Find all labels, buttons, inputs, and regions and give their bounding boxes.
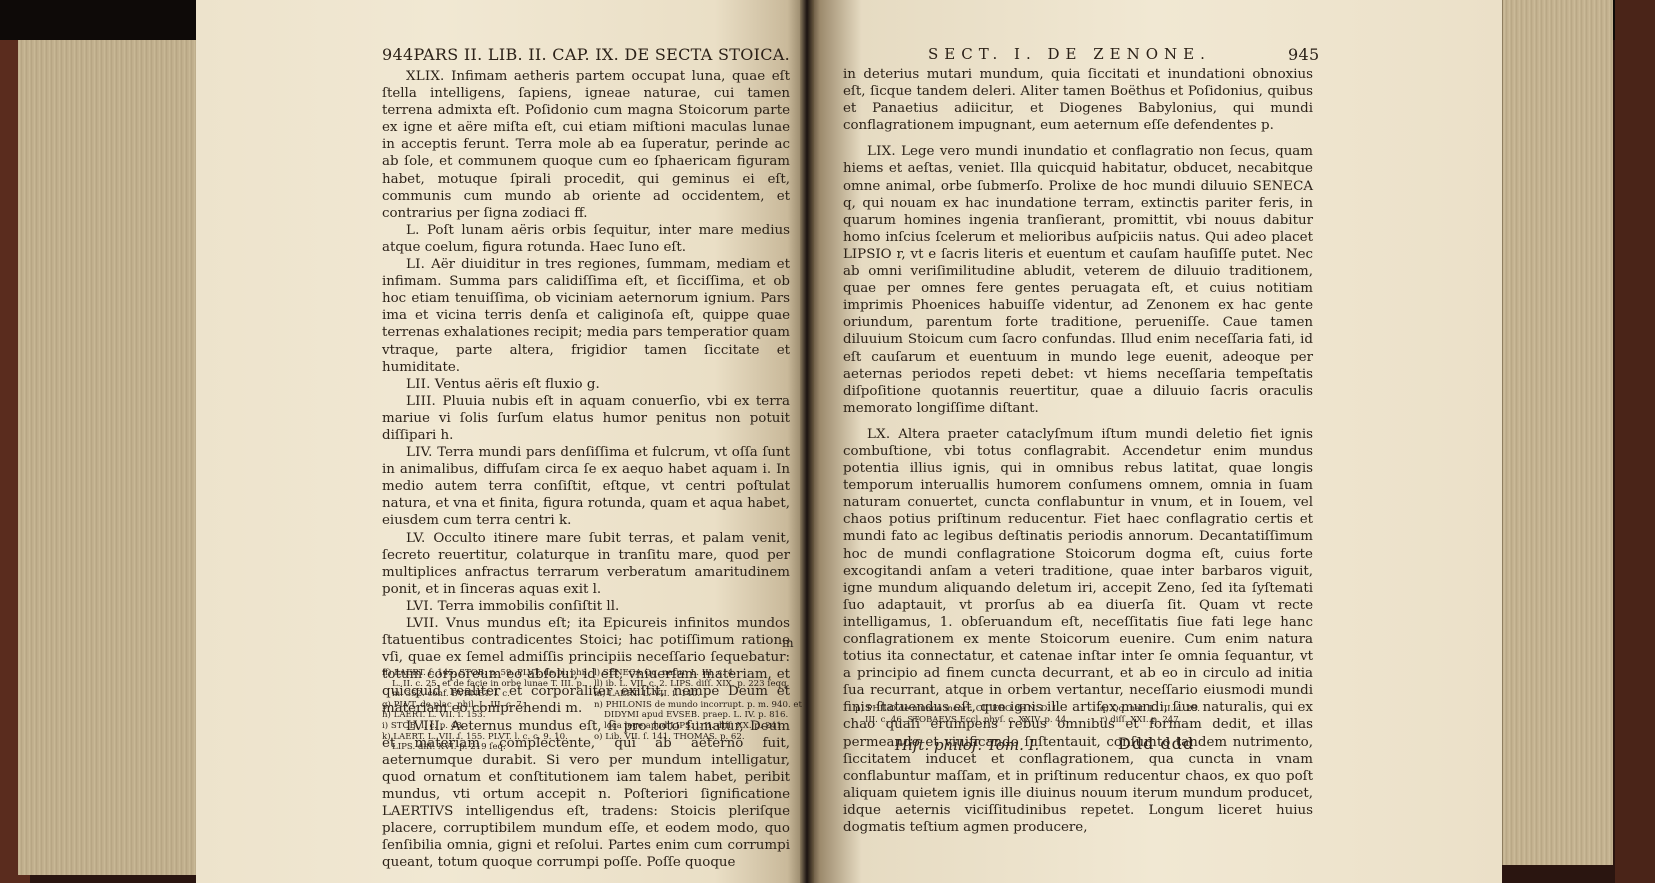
signature-title: Hiſt. philoſ. Tom. I. bbox=[895, 736, 1039, 754]
section-number: L. bbox=[406, 223, 420, 238]
paragraph-text: Occulto itinere mare ſubit terras, et pa… bbox=[382, 531, 790, 597]
section-number: LI. bbox=[406, 257, 425, 272]
paragraph: LII. Ventus aëris eſt fluxio g. bbox=[382, 376, 790, 393]
paragraph-text: Lege vero mundi inundatio et conflagrati… bbox=[843, 144, 1313, 415]
footnote: ll) ib. L. VII. c. 2. LIPS. diſſ. XIX. p… bbox=[594, 679, 806, 690]
footnote: p) PHILO de mundo incorr. CICERO de N. D… bbox=[855, 704, 1070, 725]
paragraph-text: Ventus aëris eſt fluxio g. bbox=[435, 377, 600, 392]
right-running-title: SECT. I. DE ZENONE. bbox=[928, 45, 1211, 63]
section-number: LX. bbox=[867, 427, 890, 442]
paragraph-text: Terra mundi pars denſiſſima et fulcrum, … bbox=[382, 445, 790, 528]
footnote: i) STOB. l. c. p. 48. bbox=[382, 721, 592, 732]
signature-mark: Ddd ddd bbox=[1118, 734, 1194, 753]
paragraph: LX. Altera praeter cataclyſmum iſtum mun… bbox=[843, 426, 1313, 836]
paragraph-text: Terra immobilis conſiſtit ll. bbox=[438, 599, 620, 614]
paragraph-text: Altera praeter cataclyſmum iſtum mundi d… bbox=[843, 427, 1313, 835]
footnote: q) Qq. nat. L. III. c. 29. bbox=[1100, 704, 1260, 715]
section-number: LV. bbox=[406, 531, 426, 546]
catchword: in bbox=[782, 636, 794, 650]
left-footnotes-col1: ff) LAERT. ſ. 145. STOB. p. 59. PLVT. de… bbox=[382, 668, 592, 753]
section-number: LVI. bbox=[406, 599, 433, 614]
paragraph: LIV. Terra mundi pars denſiſſima et fulc… bbox=[382, 444, 790, 529]
book-gutter bbox=[800, 0, 814, 883]
paragraph: LIX. Lege vero mundi inundatio et confla… bbox=[843, 143, 1313, 417]
footnote: n) PHILONIS de mundo incorrupt. p. m. 94… bbox=[594, 700, 806, 732]
page-edges-right bbox=[1502, 0, 1613, 865]
footnote: k) LAERT. L. VII. ſ. 155. PLVT. l. c. c.… bbox=[382, 732, 592, 753]
left-running-title: PARS II. LIB. II. CAP. IX. DE SECTA STOI… bbox=[413, 45, 790, 64]
paragraph-text: Poſt lunam aëris orbis ſequitur, inter m… bbox=[382, 223, 790, 255]
footnote: m) LAERT. L. VII. ſ. 140. bbox=[594, 689, 806, 700]
footnote: o) Lib. VII. ſ. 141. THOMAS. p. 62. bbox=[594, 732, 806, 743]
section-number: LIX. bbox=[867, 144, 896, 159]
footnote: h) LAERT. L. VII. ſ. 153. bbox=[382, 710, 592, 721]
section-number: XLIX. bbox=[406, 69, 445, 84]
footnote: g) PLVT. de plac. phil. L. III. c. 7. bbox=[382, 700, 592, 711]
section-number: LII. bbox=[406, 377, 431, 392]
footnote: r) diſſ. XXI. p. 247. bbox=[1100, 715, 1260, 726]
paragraph-text: Pluuia nubis eſt in aquam conuerſio, vbi… bbox=[382, 394, 790, 443]
page-edges-left bbox=[18, 40, 197, 875]
paragraph: in deterius mutari mundum, quia ſiccitat… bbox=[843, 66, 1313, 134]
right-footnotes-col1: p) PHILO de mundo incorr. CICERO de N. D… bbox=[855, 704, 1070, 725]
left-page-number: 944 bbox=[382, 45, 413, 64]
paragraph: LV. Occulto itinere mare ſubit terras, e… bbox=[382, 530, 790, 598]
footnote: ff) LAERT. ſ. 145. STOB. p. 59. PLVT. de… bbox=[382, 668, 592, 700]
paragraph: L. Poſt lunam aëris orbis ſequitur, inte… bbox=[382, 222, 790, 256]
section-number: LIII. bbox=[406, 394, 436, 409]
section-number: LIV. bbox=[406, 445, 433, 460]
paragraph-text: in deterius mutari mundum, quia ſiccitat… bbox=[843, 67, 1313, 133]
right-footnotes-col2: q) Qq. nat. L. III. c. 29. r) diſſ. XXI.… bbox=[1100, 704, 1260, 725]
footnote: l) SENECA Qq. natur. L. III. c. 4. bbox=[594, 668, 806, 679]
section-number: LVII. bbox=[406, 616, 439, 631]
left-footnotes-col2: l) SENECA Qq. natur. L. III. c. 4. ll) i… bbox=[594, 668, 806, 742]
paragraph-text: Aër diuiditur in tres regiones, ſummam, … bbox=[382, 257, 790, 375]
book-cover-right bbox=[1615, 0, 1655, 883]
left-running-head: 944 PARS II. LIB. II. CAP. IX. DE SECTA … bbox=[382, 45, 790, 64]
paragraph: XLIX. Infimam aetheris partem occupat lu… bbox=[382, 68, 790, 222]
paragraph: LVI. Terra immobilis conſiſtit ll. bbox=[382, 598, 790, 615]
paragraph: LIII. Pluuia nubis eſt in aquam conuerſi… bbox=[382, 393, 790, 444]
paragraph: LI. Aër diuiditur in tres regiones, ſumm… bbox=[382, 256, 790, 376]
right-page-number: 945 bbox=[1288, 45, 1319, 64]
paragraph-text: Infimam aetheris partem occupat luna, qu… bbox=[382, 69, 790, 221]
